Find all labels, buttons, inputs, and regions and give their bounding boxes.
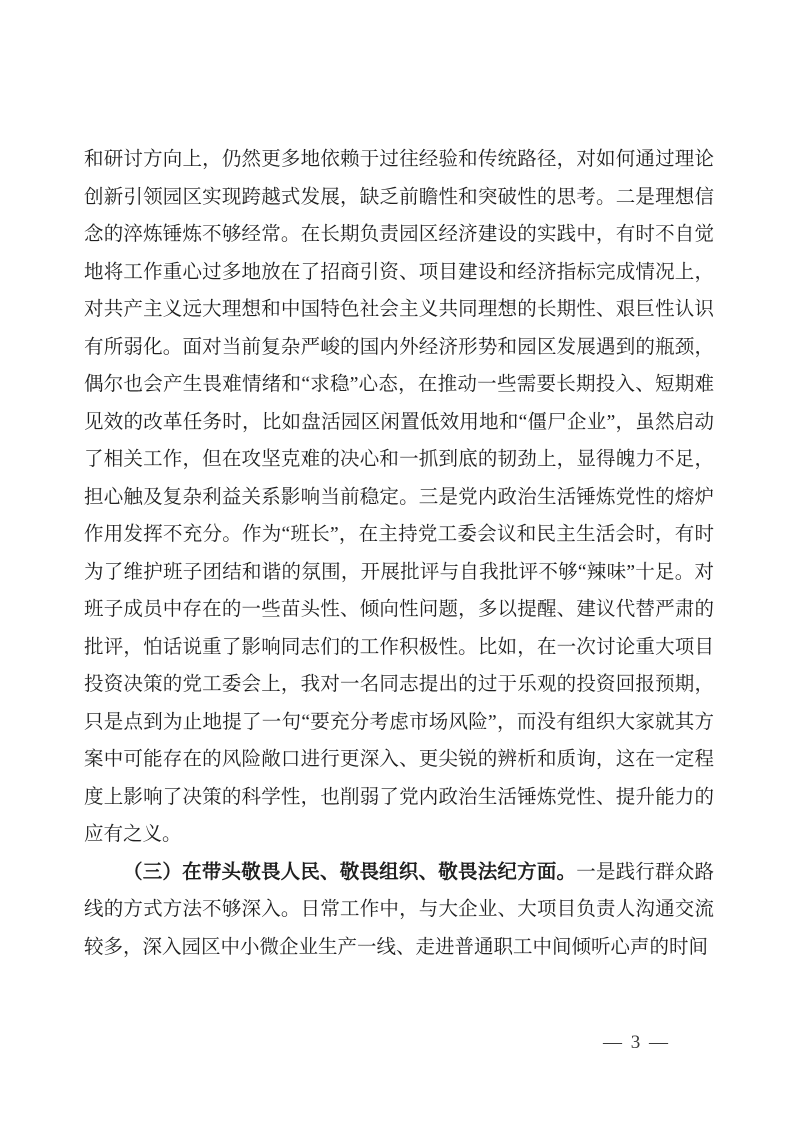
paragraph-section-three: （三）在带头敬畏人民、敬畏组织、敬畏法纪方面。一是践行群众路线的方式方法不够深入…	[84, 854, 714, 967]
page-number: — 3 —	[603, 1031, 670, 1055]
paragraph-continuation: 和研讨方向上，仍然更多地依赖于过往经验和传统路径，对如何通过理论创新引领园区实现…	[84, 141, 714, 854]
body-text-run: 和研讨方向上，仍然更多地依赖于过往经验和传统路径，对如何通过理论创新引领园区实现…	[84, 149, 714, 845]
section-heading-text: （三）在带头敬畏人民、敬畏组织、敬畏法纪方面。	[123, 862, 576, 883]
page-body: 和研讨方向上，仍然更多地依赖于过往经验和传统路径，对如何通过理论创新引领园区实现…	[84, 141, 714, 966]
document-page: 和研讨方向上，仍然更多地依赖于过往经验和传统路径，对如何通过理论创新引领园区实现…	[0, 0, 793, 1122]
